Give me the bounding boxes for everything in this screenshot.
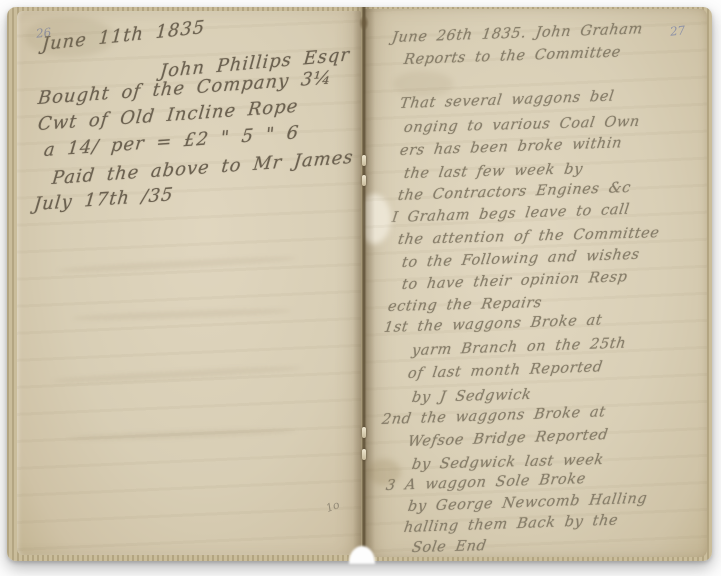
paper-stain: [393, 71, 453, 97]
handwritten-line: of last month Reported: [407, 359, 604, 382]
handwritten-line: the Contractors Engines &c: [397, 180, 632, 204]
right-page: 27 June 26th 1835. John Graham Reports t…: [363, 9, 707, 557]
handwritten-line: 3 A waggon Sole Broke: [385, 471, 587, 494]
handwritten-line: by Sedgwick last week: [411, 452, 605, 473]
handwritten-line: ecting the Repairs: [387, 295, 543, 315]
handwritten-line: the attention of the Committee: [397, 225, 661, 248]
paper-chip: [363, 194, 391, 244]
handwritten-line: the last few week by: [403, 161, 584, 182]
handwritten-line: 2nd the waggons Broke at: [381, 404, 607, 428]
open-manuscript-book: 26 June 11th 1835 John Phillips Esqr Bou…: [7, 7, 712, 561]
handwritten-line: I Graham begs leave to call: [391, 202, 631, 226]
handwritten-line: ers has been broke within: [399, 135, 623, 159]
handwritten-line: onging to various Coal Own: [403, 114, 641, 136]
photograph-background: 26 June 11th 1835 John Phillips Esqr Bou…: [0, 0, 721, 576]
handwritten-line: halling them Back by the: [403, 512, 619, 536]
handwritten-line: Sole End: [411, 538, 488, 556]
handwritten-line: by J Sedgwick: [411, 387, 533, 406]
show-through-smudge: [72, 307, 292, 322]
handwritten-line: to have their opinion Resp: [401, 269, 629, 293]
handwritten-line: That several waggons bel: [399, 88, 615, 112]
show-through-smudge: [67, 427, 297, 442]
pencil-mark: 1o: [324, 498, 341, 515]
page-number-right: 27: [669, 23, 686, 39]
handwritten-line: yarm Branch on the 25th: [411, 335, 627, 359]
handwritten-line: to the Following and wishes: [401, 247, 641, 271]
handwritten-line: by George Newcomb Halling: [407, 491, 648, 515]
left-page: 26 June 11th 1835 John Phillips Esqr Bou…: [17, 11, 361, 555]
handwritten-line: June 11th 1835: [41, 17, 206, 55]
handwritten-line: Wefsoe Bridge Reported: [407, 427, 609, 450]
handwritten-line: June 26th 1835. John Graham: [391, 21, 644, 46]
show-through-smudge: [57, 255, 297, 275]
handwritten-line: Reports to the Committee: [403, 44, 622, 68]
handwritten-line: 1st the waggons Broke at: [383, 312, 604, 336]
show-through-smudge: [52, 364, 302, 384]
